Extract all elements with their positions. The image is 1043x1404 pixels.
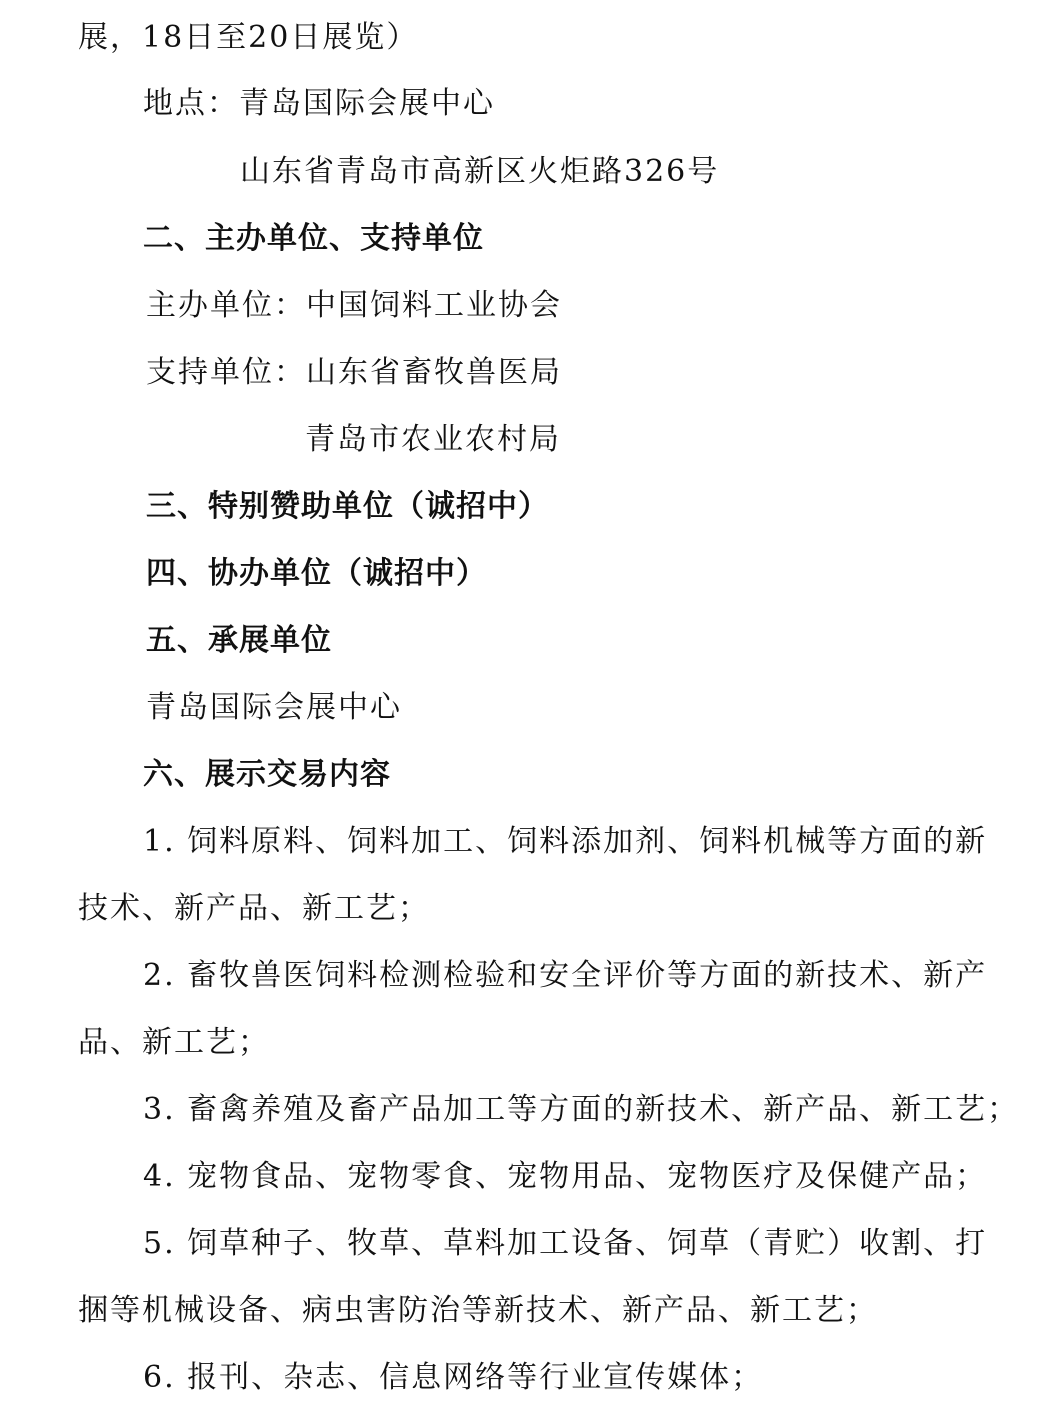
exhibit-item-5: 5. 饲草种子、牧草、草料加工设备、饲草（青贮）收割、打 — [143, 1224, 987, 1264]
item-number: 1. — [143, 824, 176, 859]
host-name: 中国饲料工业协会 — [306, 288, 562, 323]
exhibit-item-4: 4. 宠物食品、宠物零食、宠物用品、宠物医疗及保健产品； — [143, 1157, 987, 1197]
exhibit-item-5-continued: 捆等机械设备、病虫害防治等新技术、新产品、新工艺； — [78, 1291, 878, 1331]
item-text: 畜禽养殖及畜产品加工等方面的新技术、新产品、新工艺； — [187, 1092, 1019, 1127]
exhibit-item-1-continued: 技术、新产品、新工艺； — [78, 889, 430, 929]
exhibit-item-2: 2. 畜牧兽医饲料检测检验和安全评价等方面的新技术、新产 — [143, 956, 987, 996]
item-number: 4. — [143, 1159, 176, 1194]
item-number: 2. — [143, 958, 176, 993]
section-heading-organizers: 二、主办单位、支持单位 — [143, 219, 484, 259]
item-number: 3. — [143, 1092, 176, 1127]
host-organization-line: 主办单位：中国饲料工业协会 — [146, 286, 562, 326]
support-name-2: 青岛市农业农村局 — [305, 420, 561, 460]
item-text: 饲草种子、牧草、草料加工设备、饲草（青贮）收割、打 — [187, 1226, 987, 1261]
document-page: 展，18日至20日展览） 地点：青岛国际会展中心 山东省青岛市高新区火炬路326… — [0, 0, 1043, 1404]
exhibit-item-6: 6. 报刊、杂志、信息网络等行业宣传媒体； — [143, 1358, 763, 1398]
section-heading-co-organizers: 四、协办单位（诚招中） — [146, 554, 487, 594]
host-label: 主办单位： — [146, 288, 306, 323]
section-heading-exhibits: 六、展示交易内容 — [143, 755, 391, 795]
support-name-1: 山东省畜牧兽医局 — [306, 355, 562, 390]
item-text: 报刊、杂志、信息网络等行业宣传媒体； — [187, 1360, 763, 1395]
section-heading-undertaker: 五、承展单位 — [146, 621, 332, 661]
support-label: 支持单位： — [146, 355, 306, 390]
item-number: 6. — [143, 1360, 176, 1395]
item-text: 宠物食品、宠物零食、宠物用品、宠物医疗及保健产品； — [187, 1159, 987, 1194]
location-line: 地点：青岛国际会展中心 — [143, 84, 495, 124]
exhibition-dates-continuation: 展，18日至20日展览） — [78, 18, 418, 58]
exhibit-item-2-continued: 品、新工艺； — [78, 1023, 270, 1063]
support-organization-line: 支持单位：山东省畜牧兽医局 — [146, 353, 562, 393]
item-number: 5. — [143, 1226, 176, 1261]
item-text: 畜牧兽医饲料检测检验和安全评价等方面的新技术、新产 — [187, 958, 987, 993]
exhibit-item-1: 1. 饲料原料、饲料加工、饲料添加剂、饲料机械等方面的新 — [143, 822, 987, 862]
location-address: 山东省青岛市高新区火炬路326号 — [240, 152, 719, 192]
item-text: 饲料原料、饲料加工、饲料添加剂、饲料机械等方面的新 — [187, 824, 987, 859]
exhibit-item-3: 3. 畜禽养殖及畜产品加工等方面的新技术、新产品、新工艺； — [143, 1090, 1019, 1130]
section-heading-sponsors: 三、特别赞助单位（诚招中） — [146, 487, 549, 527]
undertaker-name: 青岛国际会展中心 — [146, 688, 402, 728]
